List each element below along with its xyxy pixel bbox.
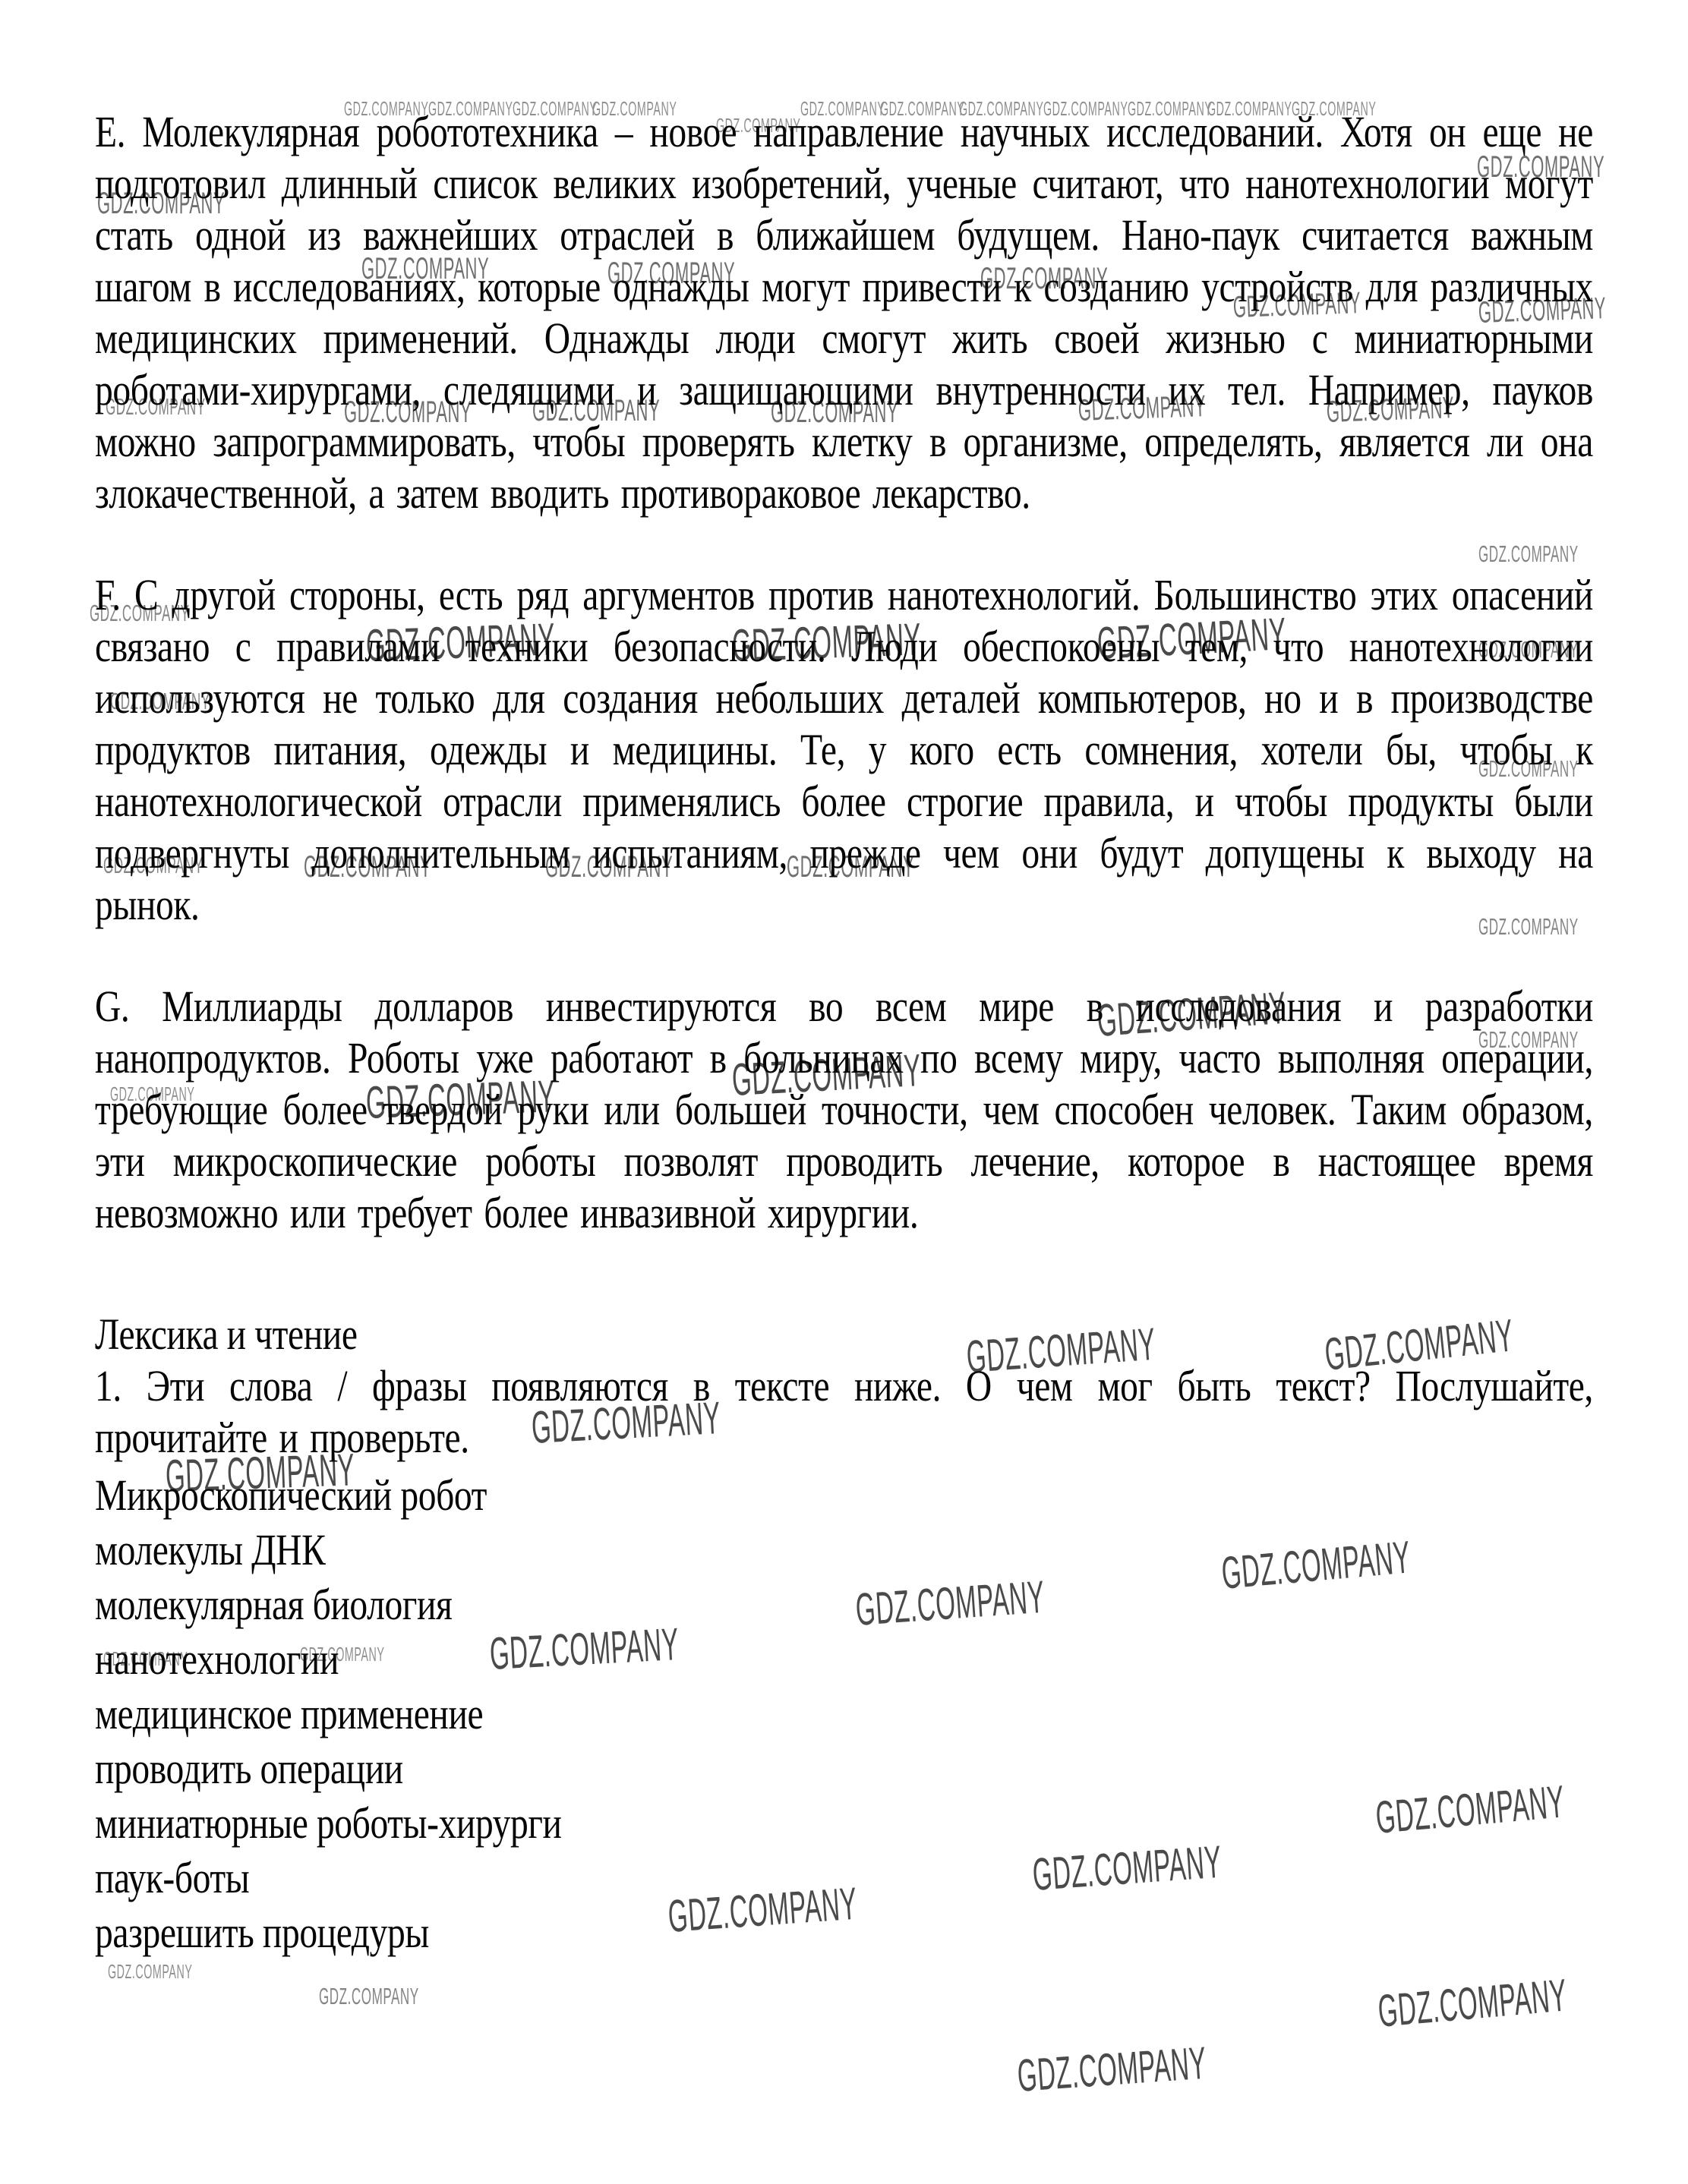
document-page: GDZ.COMPANYGDZ.COMPANYGDZ.COMPANYGDZ.COM… [0, 0, 1688, 2184]
vocab-item: разрешить процедуры [95, 1905, 1593, 1960]
watermark-text: GDZ.COMPANY [108, 1960, 192, 1984]
vocab-item: молекулярная биология [95, 1577, 1593, 1632]
vocab-list: Микроскопический роботмолекулы ДНКмолеку… [95, 1468, 1593, 1960]
task-instruction: 1. Эти слова / фразы появляются в тексте… [95, 1360, 1593, 1464]
watermark-text: GDZ.COMPANY [1016, 2037, 1208, 2102]
watermark-text: GDZ.COMPANY [1376, 1968, 1569, 2037]
vocab-item: медицинское применение [95, 1687, 1593, 1741]
vocab-item: Микроскопический робот [95, 1468, 1593, 1523]
vocab-item: молекулы ДНК [95, 1523, 1593, 1577]
paragraph-f: F. С другой стороны, есть ряд аргументов… [95, 569, 1593, 931]
page-content: Е. Молекулярная робототехника – новое на… [95, 106, 1593, 1960]
vocab-item: проводить операции [95, 1741, 1593, 1796]
section-heading: Лексика и чтение [95, 1309, 1593, 1360]
vocab-item: паук-боты [95, 1851, 1593, 1905]
paragraph-g: G. Миллиарды долларов инвестируются во в… [95, 981, 1593, 1239]
vocab-item: миниатюрные роботы-хирурги [95, 1796, 1593, 1851]
paragraph-e: Е. Молекулярная робототехника – новое на… [95, 106, 1593, 519]
vocab-item: нанотехнологии [95, 1632, 1593, 1687]
watermark-text: GDZ.COMPANY [319, 1983, 419, 2010]
